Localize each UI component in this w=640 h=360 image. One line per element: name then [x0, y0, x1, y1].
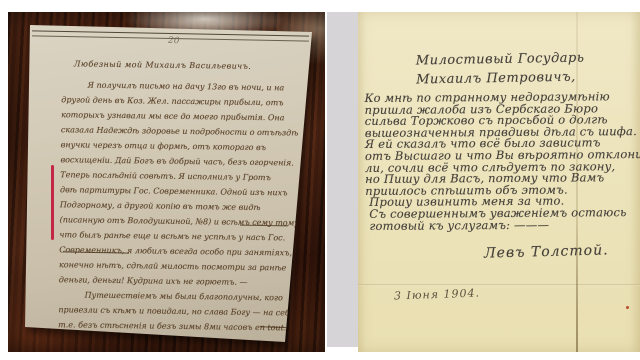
- signature: Левъ Толстой.: [484, 242, 609, 261]
- date-line: 3 Іюня 1904.: [394, 287, 480, 303]
- left-letter-text: Любезный мой Михаилъ Васильевичъ. Я полу…: [58, 56, 318, 336]
- letter-paper-wrap: 20 Любезный мой Михаилъ Васильевичъ. Я п…: [8, 12, 325, 352]
- framed-letter-photo: 20 Любезный мой Михаилъ Васильевичъ. Я п…: [8, 12, 325, 352]
- page-number-mark: 1: [223, 340, 230, 351]
- pencil-page-number: 20: [168, 36, 180, 47]
- wax-speck: [626, 306, 629, 309]
- handwriting-line: готовый къ услугамъ: ———: [369, 219, 640, 232]
- red-margin-mark: [51, 165, 54, 240]
- left-salutation: Любезный мой Михаилъ Васильевичъ.: [74, 56, 318, 74]
- salutation-line: Михаилъ Петровичъ,: [416, 68, 585, 90]
- right-letter-body: Ко мнѣ по странному недоразумѣнію пришла…: [365, 91, 640, 232]
- right-salutation: Милостивый Государь Михаилъ Петровичъ,: [416, 49, 585, 90]
- tolstoy-letter-page: Милостивый Государь Михаилъ Петровичъ, К…: [358, 12, 640, 352]
- two-letters-scene: 20 Любезный мой Михаилъ Васильевичъ. Я п…: [0, 0, 640, 360]
- left-letter-paper: 20 Любезный мой Михаилъ Васильевичъ. Я п…: [8, 12, 325, 352]
- photo-divider: [327, 12, 358, 347]
- fold-crease-horizontal: [358, 284, 640, 286]
